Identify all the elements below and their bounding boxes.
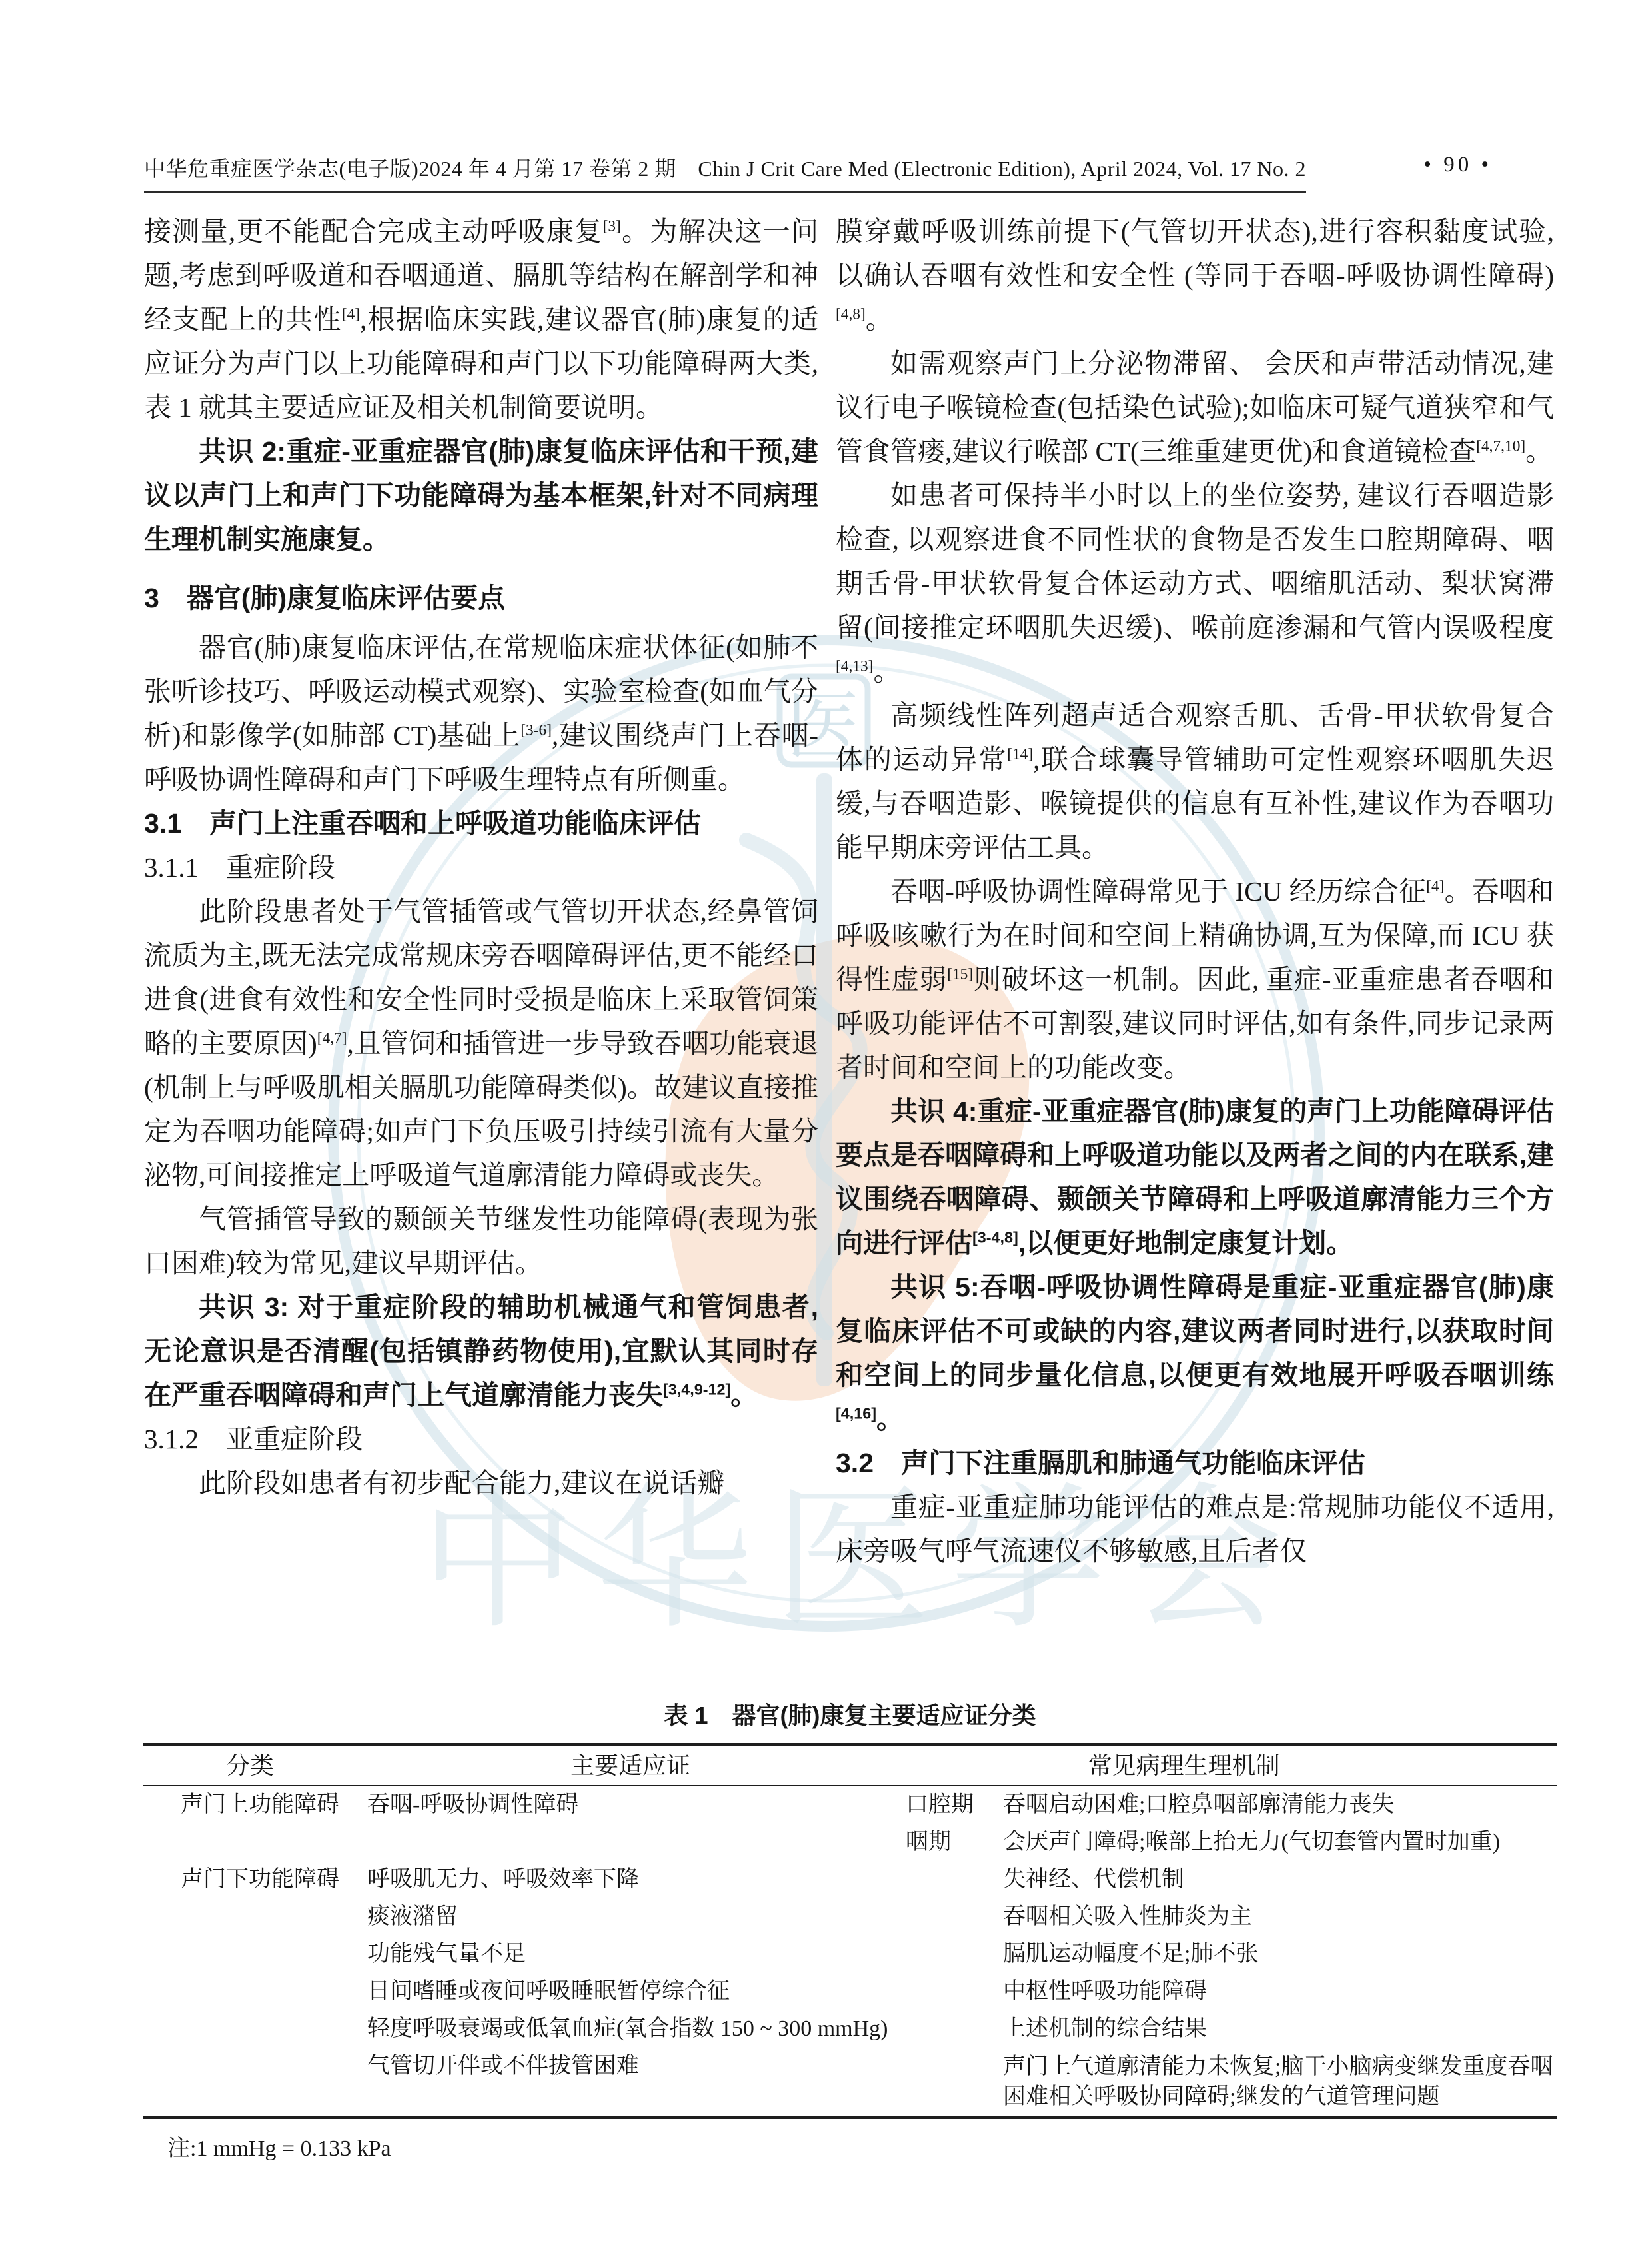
table-cell-indication: [357, 1824, 904, 1861]
table-cell-mechanism: 声门上气道廓清能力未恢复;脑干小脑病变继发重度吞咽困难相关呼吸协同障碍;继发的气…: [1003, 2048, 1557, 2118]
table-cell-indication: 痰液潴留: [357, 1898, 904, 1936]
section-heading: 3 器官(肺)康复临床评估要点: [144, 576, 818, 620]
table-cell-mechanism: 吞咽启动困难;口腔鼻咽部廓清能力丧失: [1003, 1786, 1557, 1824]
table-header-indication: 主要适应证: [357, 1745, 904, 1786]
indications-table: 分类主要适应证常见病理生理机制声门上功能障碍吞咽-呼吸协调性障碍口腔期吞咽启动困…: [143, 1743, 1557, 2119]
journal-header-line: 中华危重症医学杂志(电子版)2024 年 4 月第 17 卷第 2 期 Chin…: [144, 152, 1306, 193]
paragraph: 如需观察声门上分泌物滞留、 会厌和声带活动情况,建议行电子喉镜检查(包括染色试验…: [836, 341, 1554, 473]
section-heading: 3.1.2 亚重症阶段: [144, 1417, 818, 1461]
page-number: • 90 •: [1423, 153, 1492, 177]
paragraph: 吞咽-呼吸协调性障碍常见于 ICU 经历综合征[4]。吞咽和呼吸咳嗽行为在时间和…: [836, 869, 1554, 1089]
table-cell-mechanism: 吞咽相关吸入性肺炎为主: [1003, 1898, 1557, 1936]
table-cell-stage: 口腔期: [904, 1786, 1003, 1824]
table-title: 表 1 器官(肺)康复主要适应证分类: [143, 1697, 1557, 1731]
table-row: 声门下功能障碍呼吸肌无力、呼吸效率下降失神经、代偿机制: [143, 1861, 1557, 1898]
table-cell-stage: [904, 1898, 1003, 1936]
paragraph: 高频线性阵列超声适合观察舌肌、舌骨-甲状软骨复合体的运动异常[14],联合球囊导…: [836, 693, 1554, 869]
paragraph: 此阶段患者处于气管插管或气管切开状态,经鼻管饲流质为主,既无法完成常规床旁吞咽障…: [144, 889, 818, 1197]
table-cell-stage: 咽期: [904, 1824, 1003, 1861]
paragraph: 气管插管导致的颞颌关节继发性功能障碍(表现为张口困难)较为常见,建议早期评估。: [144, 1197, 818, 1285]
table-cell-mechanism: 会厌声门障碍;喉部上抬无力(气切套管内置时加重): [1003, 1824, 1557, 1861]
table-header-mechanism: 常见病理生理机制: [904, 1745, 1557, 1786]
table-cell-stage: [904, 1936, 1003, 1973]
paragraph: 此阶段如患者有初步配合能力,建议在说话瓣: [144, 1461, 818, 1505]
left-column: 接测量,更不能配合完成主动呼吸康复[3]。为解决这一问题,考虑到呼吸道和吞咽通道…: [144, 209, 818, 1505]
paragraph: 共识 4:重症-亚重症器官(肺)康复的声门上功能障碍评估要点是吞咽障碍和上呼吸道…: [836, 1089, 1554, 1265]
table-cell-mechanism: 膈肌运动幅度不足;肺不张: [1003, 1936, 1557, 1973]
paragraph: 膜穿戴呼吸训练前提下(气管切开状态),进行容积黏度试验, 以确认吞咽有效性和安全…: [836, 209, 1554, 341]
paragraph: 如患者可保持半小时以上的坐位姿势, 建议行吞咽造影检查, 以观察进食不同性状的食…: [836, 473, 1554, 693]
paragraph: 共识 3: 对于重症阶段的辅助机械通气和管饲患者,无论意识是否清醒(包括镇静药物…: [144, 1285, 818, 1417]
table-cell-mechanism: 上述机制的综合结果: [1003, 2010, 1557, 2048]
table-header-category: 分类: [143, 1745, 357, 1786]
table-cell-stage: [904, 1973, 1003, 2010]
table-cell-indication: 功能残气量不足: [357, 1936, 904, 1973]
right-column: 膜穿戴呼吸训练前提下(气管切开状态),进行容积黏度试验, 以确认吞咽有效性和安全…: [836, 209, 1554, 1573]
section-heading: 3.1 声门上注重吞咽和上呼吸道功能临床评估: [144, 801, 818, 845]
paragraph: 接测量,更不能配合完成主动呼吸康复[3]。为解决这一问题,考虑到呼吸道和吞咽通道…: [144, 209, 818, 429]
paragraph: 共识 5:吞咽-呼吸协调性障碍是重症-亚重症器官(肺)康复临床评估不可或缺的内容…: [836, 1265, 1554, 1441]
article-page: 医 中华医学会 中华危重症医学杂志(电子版)2024 年 4 月第 17 卷第 …: [0, 0, 1652, 2243]
section-heading: 3.2 声门下注重膈肌和肺通气功能临床评估: [836, 1441, 1554, 1485]
table-cell-stage: [904, 1861, 1003, 1898]
table-row: 声门上功能障碍吞咽-呼吸协调性障碍口腔期吞咽启动困难;口腔鼻咽部廓清能力丧失: [143, 1786, 1557, 1824]
paragraph: 器官(肺)康复临床评估,在常规临床症状体征(如肺不张听诊技巧、呼吸运动模式观察)…: [144, 625, 818, 801]
table-cell-mechanism: 中枢性呼吸功能障碍: [1003, 1973, 1557, 2010]
table-block: 表 1 器官(肺)康复主要适应证分类 分类主要适应证常见病理生理机制声门上功能障…: [143, 1697, 1557, 2162]
table-cell-indication: 日间嗜睡或夜间呼吸睡眠暂停综合征: [357, 1973, 904, 2010]
table-cell-stage: [904, 2048, 1003, 2118]
section-heading: 3.1.1 重症阶段: [144, 845, 818, 889]
table-cell-mechanism: 失神经、代偿机制: [1003, 1861, 1557, 1898]
paragraph: 重症-亚重症肺功能评估的难点是:常规肺功能仪不适用,床旁吸气呼气流速仪不够敏感,…: [836, 1485, 1554, 1573]
table-note: 注:1 mmHg = 0.133 kPa: [143, 2130, 1557, 2162]
paragraph: 共识 2:重症-亚重症器官(肺)康复临床评估和干预,建议以声门上和声门下功能障碍…: [144, 429, 818, 561]
table-cell-indication: 气管切开伴或不伴拔管困难: [357, 2048, 904, 2118]
page-header: 中华危重症医学杂志(电子版)2024 年 4 月第 17 卷第 2 期 Chin…: [144, 152, 1557, 193]
table-cell-indication: 轻度呼吸衰竭或低氧血症(氧合指数 150 ~ 300 mmHg): [357, 2010, 904, 2048]
table-cell-category: 声门上功能障碍: [143, 1786, 357, 1861]
table-cell-indication: 吞咽-呼吸协调性障碍: [357, 1786, 904, 1824]
watermark-staff-icon: [816, 773, 832, 1386]
table-cell-indication: 呼吸肌无力、呼吸效率下降: [357, 1861, 904, 1898]
table-cell-category: 声门下功能障碍: [143, 1861, 357, 2118]
table-cell-stage: [904, 2010, 1003, 2048]
